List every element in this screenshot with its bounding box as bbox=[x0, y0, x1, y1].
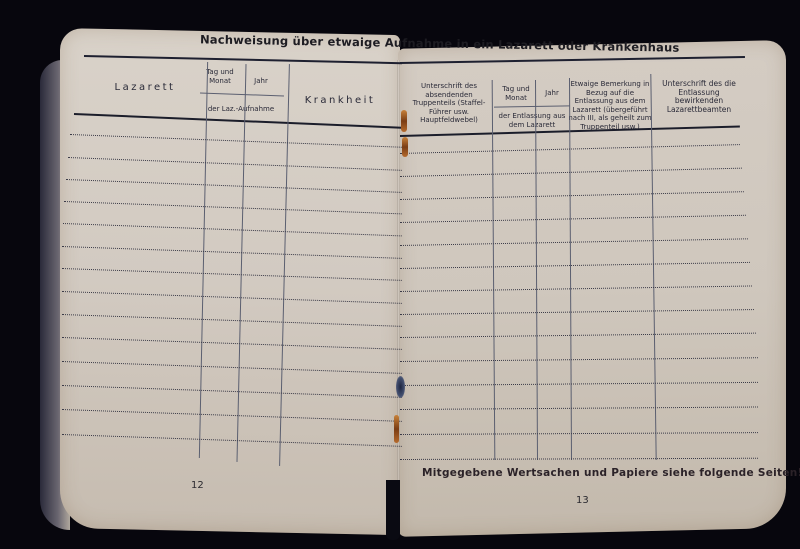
rusty-staple-bottom bbox=[394, 415, 399, 443]
header-jahr-left: Jahr bbox=[243, 77, 279, 86]
header-laz-aufnahme: der Laz.-Aufnahme bbox=[200, 105, 282, 114]
rusty-staple-top-lower bbox=[402, 137, 408, 157]
rusty-staple-top bbox=[401, 110, 407, 132]
header-tag-monat-right: Tag und Monat bbox=[496, 85, 536, 102]
header-entlassung: der Entlassung aus dem Lazarett bbox=[494, 112, 570, 129]
header-bemerkung: Etwaige Bemerkung in Bezug auf die Entla… bbox=[568, 80, 652, 131]
header-krankheit: Krankheit bbox=[290, 97, 390, 106]
binding-hole bbox=[396, 376, 405, 398]
gutter-gap bbox=[386, 480, 400, 540]
open-booklet: Nachweisung über etwaige Aufnahme in ein… bbox=[0, 0, 800, 549]
header-lazarett: Lazarett bbox=[95, 84, 195, 93]
page-number-left: 12 bbox=[191, 480, 204, 491]
page-number-right: 13 bbox=[576, 495, 589, 506]
header-unterschrift-lazarett: Unterschrift des die Entlassung bewirken… bbox=[654, 80, 744, 114]
footer-note: Mitgegebene Wertsachen und Papiere siehe… bbox=[422, 467, 800, 479]
header-unterschrift-truppenteil: Unterschrift des absendenden Truppenteil… bbox=[404, 82, 494, 125]
header-jahr-right: Jahr bbox=[537, 89, 567, 98]
